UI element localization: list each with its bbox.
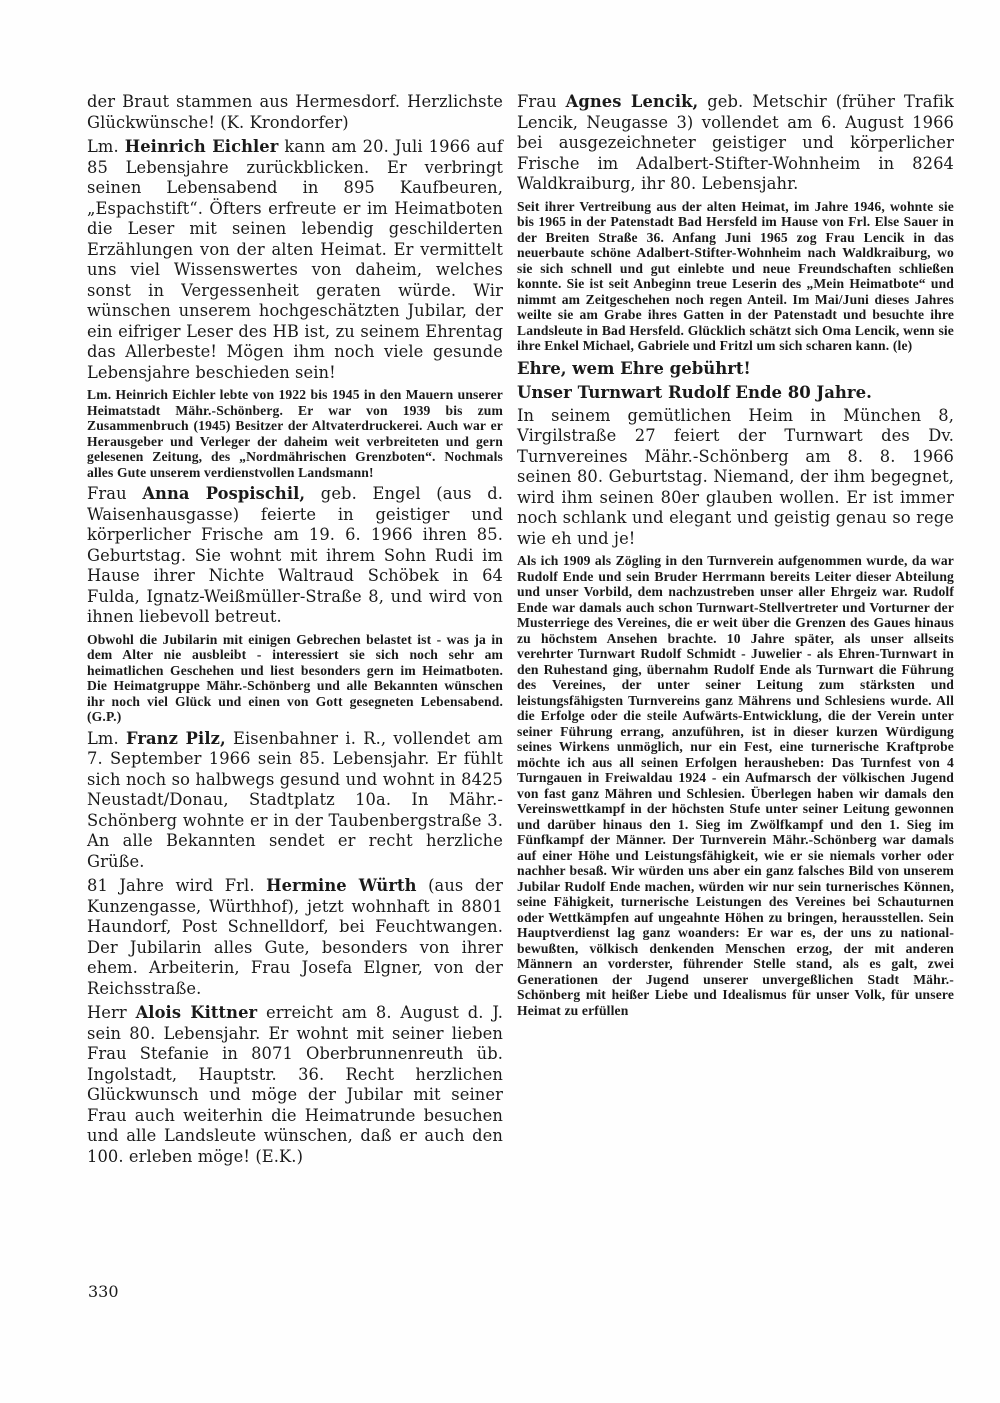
pilz-prefix: Lm. [87, 729, 126, 748]
paragraph-pospischil: Frau Anna Pospischil, geb. Engel (aus d.… [87, 484, 503, 628]
pilz-name: Franz Pilz, [126, 729, 226, 748]
heading-turnwart: Unser Turnwart Rudolf Ende 80 Jahre. [517, 382, 954, 404]
eichler-name: Heinrich Eichler [125, 137, 279, 156]
lencik-prefix: Frau [517, 92, 566, 111]
paragraph-pospischil-note: Obwohl die Jubilarin mit einigen Gebrech… [87, 632, 503, 725]
pospischil-name: Anna Pospischil, [142, 484, 305, 503]
kittner-text: erreicht am 8. August d. J. sein 80. Leb… [87, 1003, 503, 1166]
paragraph-ende-intro: In seinem gemütlichen Heim in München 8,… [517, 406, 954, 550]
lencik-name: Agnes Lencik, [566, 92, 699, 111]
wuerth-prefix: 81 Jahre wird Frl. [87, 876, 266, 895]
eichler-prefix: Lm. [87, 137, 125, 156]
pilz-text: Eisenbahner i. R., vollendet am 7. Septe… [87, 729, 503, 871]
paragraph-krondorfer: der Braut stammen aus Hermesdorf. Herzli… [87, 92, 503, 133]
pospischil-prefix: Frau [87, 484, 142, 503]
eichler-text: kann am 20. Juli 1966 auf 85 Lebensjahre… [87, 137, 503, 382]
left-column: der Braut stammen aus Hermesdorf. Herzli… [87, 92, 503, 1171]
paragraph-eichler-note: Lm. Heinrich Eichler lebte von 1922 bis … [87, 387, 503, 480]
page-number: 330 [88, 1282, 119, 1301]
paragraph-kittner: Herr Alois Kittner erreicht am 8. August… [87, 1003, 503, 1167]
paragraph-lencik: Frau Agnes Lencik, geb. Metschir (früher… [517, 92, 954, 195]
document-page: der Braut stammen aus Hermesdorf. Herzli… [0, 0, 1000, 1403]
wuerth-name: Hermine Würth [266, 876, 417, 895]
kittner-prefix: Herr [87, 1003, 136, 1022]
paragraph-pilz: Lm. Franz Pilz, Eisenbahner i. R., volle… [87, 729, 503, 873]
pospischil-text: geb. Engel (aus d. Waisenhausgasse) feie… [87, 484, 503, 626]
paragraph-lencik-note: Seit ihrer Vertreibung aus der alten Hei… [517, 199, 954, 354]
paragraph-eichler: Lm. Heinrich Eichler kann am 20. Juli 19… [87, 137, 503, 383]
paragraph-wuerth: 81 Jahre wird Frl. Hermine Würth (aus de… [87, 876, 503, 999]
heading-ehre: Ehre, wem Ehre gebührt! [517, 358, 954, 380]
right-column: Frau Agnes Lencik, geb. Metschir (früher… [517, 92, 954, 1022]
paragraph-ende-tribute: Als ich 1909 als Zögling in den Turnvere… [517, 553, 954, 1018]
kittner-name: Alois Kittner [136, 1003, 258, 1022]
